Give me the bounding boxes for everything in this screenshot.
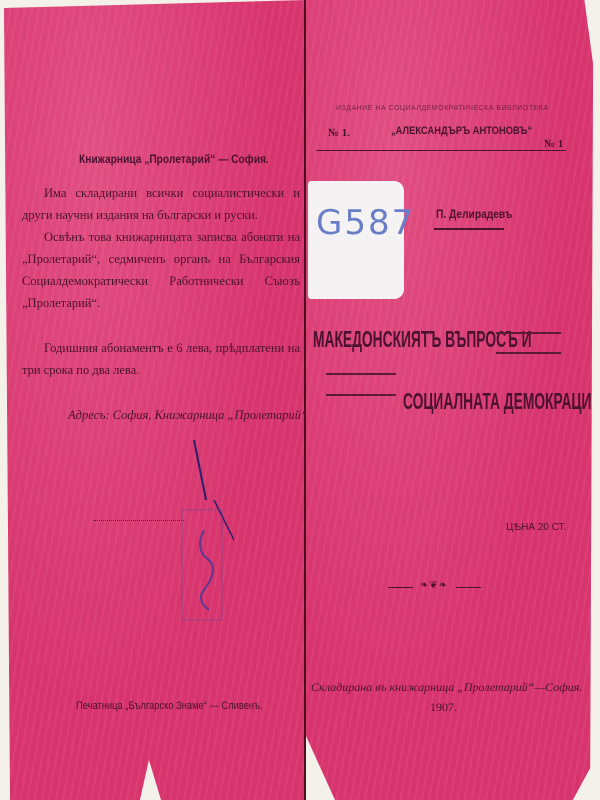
- title-rule: [496, 332, 561, 334]
- address-line: Адресъ: София, Книжарница „Пролетарий“.: [68, 408, 311, 423]
- ornament-line-left: [388, 587, 413, 588]
- printer-imprint: Печатница „Българско Знаме“ — Сливенъ.: [76, 700, 263, 712]
- library-stamp-icon: [174, 430, 234, 630]
- series-number-right: № 1: [544, 138, 563, 150]
- header-rule: [316, 150, 566, 151]
- author-name: П. Делирадевъ: [436, 207, 512, 221]
- series-publisher-line: ИЗДАНИЕ НА СОЦИАЛДЕМОКРАТИЧЕСКА БИБЛИОТЕ…: [336, 105, 548, 112]
- title-rule: [326, 394, 396, 396]
- paragraph-stock: Има складирани всички социалистически и …: [22, 182, 300, 226]
- title-line-2: СОЦИАЛНАТА ДЕМОКРАЦИЯ: [403, 388, 600, 415]
- paragraph-subscription: Освѣнъ това книжарницата записва абонати…: [22, 226, 300, 314]
- title-line-1: МАКЕДОНСКИЯТЪ ВЪПРОСЪ И: [313, 326, 532, 353]
- author-underline: [434, 228, 504, 230]
- title-rule: [496, 352, 561, 354]
- bookshop-heading: Книжарница „Пролетарий“ — София.: [79, 152, 269, 166]
- ornament-line-right: [456, 587, 481, 588]
- back-cover-page: Книжарница „Пролетарий“ — София. Има скл…: [4, 0, 306, 800]
- title-rule: [326, 373, 396, 375]
- publication-year: 1907.: [430, 700, 457, 715]
- ornament-divider: [94, 520, 184, 521]
- catalog-number: G587: [316, 203, 415, 243]
- series-name: „АЛЕКСАНДЪРЪ АНТОНОВЪ“: [391, 125, 532, 137]
- catalog-label: G587: [308, 181, 404, 299]
- publisher-imprint: Складирана въ книжарница „Пролетарий“—Со…: [311, 680, 582, 695]
- price-label: ЦѢНА 20 СТ.: [506, 522, 566, 533]
- front-cover-page: ИЗДАНИЕ НА СОЦИАЛДЕМОКРАТИЧЕСКА БИБЛИОТЕ…: [306, 0, 596, 800]
- series-number-left: № 1.: [328, 127, 350, 139]
- ornament-icon: ❧❦❧: [420, 580, 448, 591]
- paragraph-annual-fee: Годишния абонаментъ е 6 лева, прѣдплатен…: [22, 337, 300, 381]
